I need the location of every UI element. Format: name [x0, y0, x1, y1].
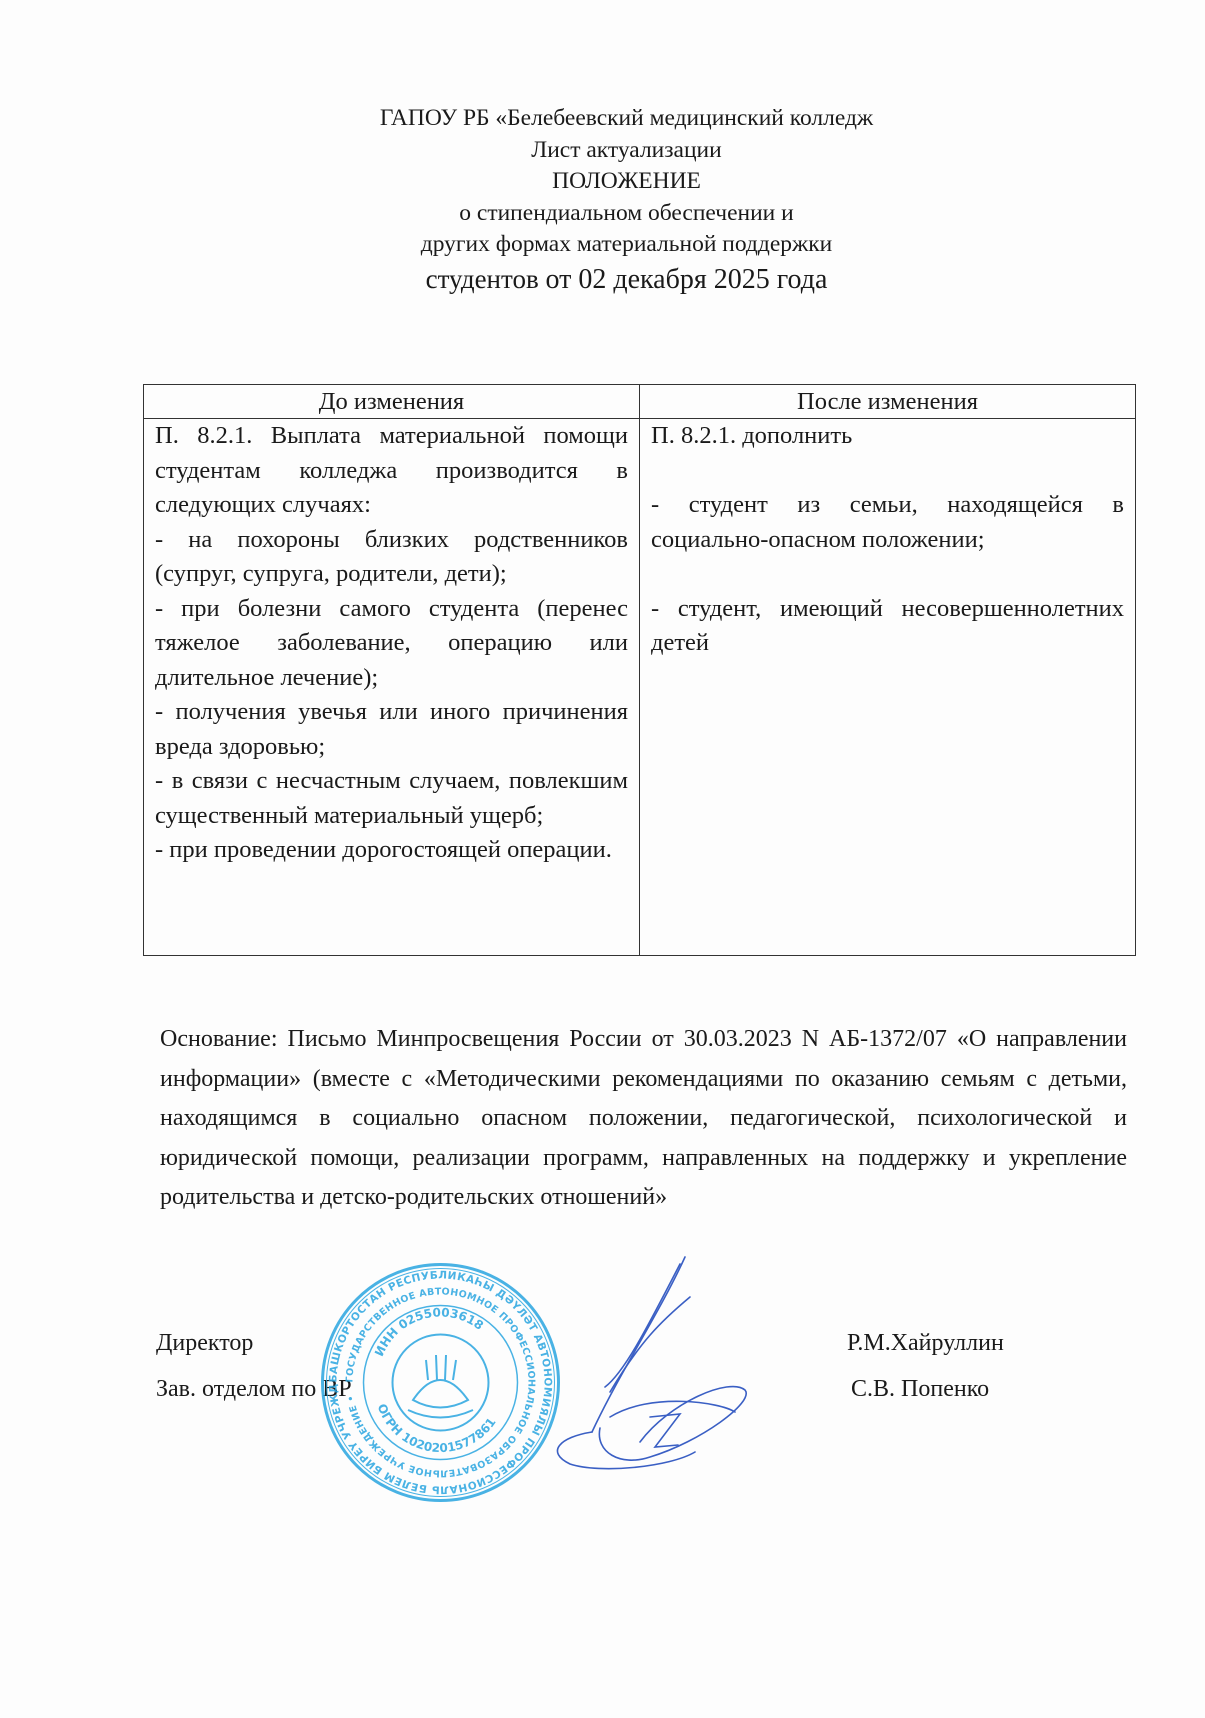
table-header-row: До изменения После изменения — [144, 385, 1136, 419]
column-header-after: После изменения — [640, 385, 1136, 419]
before-item: - в связи с несчастным случаем, повлекши… — [155, 764, 628, 833]
spacer — [651, 557, 1124, 592]
college-name: ГАПОУ РБ «Белебеевский медицинский колле… — [48, 103, 1205, 135]
before-item: - на похороны близких родственников (суп… — [155, 523, 628, 592]
regulation-subject-line-1: о стипендиальном обеспечении и — [48, 198, 1205, 230]
official-stamp-icon: БАШКОРТОСТАН РЕСПУБЛИКАҺЫ ДӘҮЛӘТ АВТОНОМ… — [318, 1260, 563, 1505]
signatory-name-director: Р.М.Хайруллин — [847, 1330, 1004, 1357]
before-item: П. 8.2.1. Выплата материальной помощи ст… — [155, 419, 628, 523]
regulation-date: от 02 декабря 2025 года — [545, 264, 827, 295]
date-prefix: студентов — [426, 264, 546, 294]
signatory-position-director: Директор — [156, 1330, 253, 1357]
document-page: ГАПОУ РБ «Белебеевский медицинский колле… — [0, 0, 1205, 1718]
table-row: П. 8.2.1. Выплата материальной помощи ст… — [144, 419, 1136, 956]
regulation-subject-line-2: других формах материальной поддержки — [48, 229, 1205, 261]
spacer — [651, 454, 1124, 489]
cell-before: П. 8.2.1. Выплата материальной помощи ст… — [144, 419, 640, 956]
sheet-title: Лист актуализации — [48, 135, 1205, 167]
after-item: - студент из семьи, находящейся в социал… — [651, 488, 1124, 557]
before-item: - получения увечья или иного причинения … — [155, 695, 628, 764]
after-item: - студент, имеющий несовершеннолетних де… — [651, 592, 1124, 661]
before-item: - при проведении дорогостоящей операции. — [155, 833, 628, 868]
document-header: ГАПОУ РБ «Белебеевский медицинский колле… — [0, 103, 1205, 297]
basis-paragraph: Основание: Письмо Минпросвещения России … — [160, 1020, 1127, 1218]
handwritten-signature-icon — [550, 1252, 750, 1472]
signatory-name-head: С.В. Попенко — [851, 1376, 989, 1403]
changes-table: До изменения После изменения П. 8.2.1. В… — [143, 384, 1136, 956]
cell-after: П. 8.2.1. дополнить - студент из семьи, … — [640, 419, 1136, 956]
after-item: П. 8.2.1. дополнить — [651, 419, 1124, 454]
regulation-title: ПОЛОЖЕНИЕ — [48, 166, 1205, 198]
before-item: - при болезни самого студента (перенес т… — [155, 592, 628, 696]
column-header-before: До изменения — [144, 385, 640, 419]
regulation-date-line: студентов от 02 декабря 2025 года — [48, 262, 1205, 297]
